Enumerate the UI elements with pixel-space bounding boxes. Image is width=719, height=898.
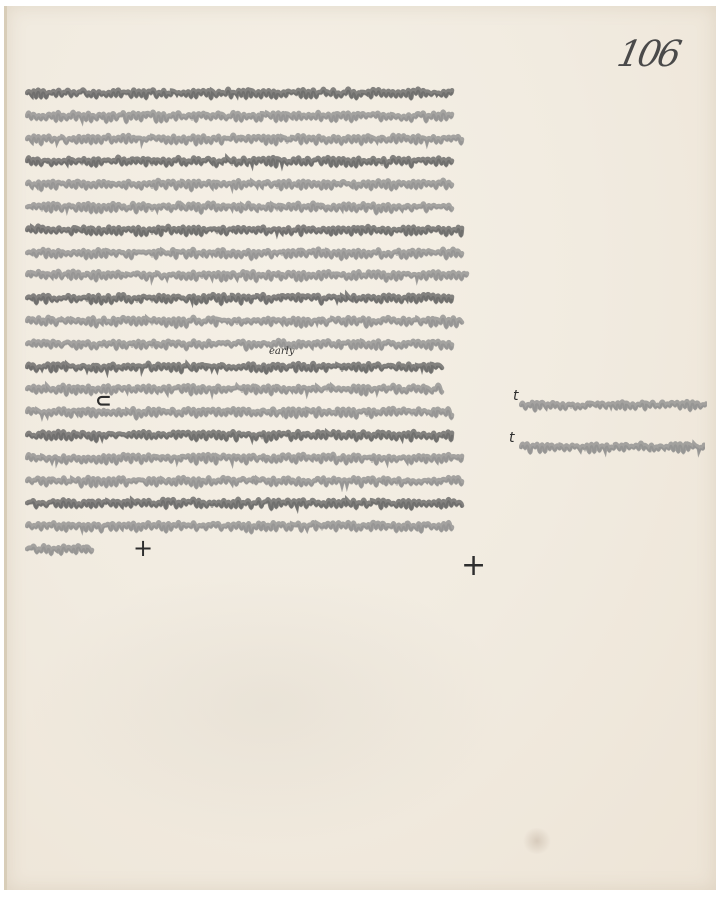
margin-scribbled-line bbox=[519, 436, 705, 458]
scribbled-line bbox=[25, 242, 465, 264]
paper-stain bbox=[522, 828, 552, 854]
scribbled-line bbox=[25, 287, 455, 309]
scribbled-line bbox=[25, 264, 470, 286]
insertion-mark: ⊂ bbox=[95, 388, 112, 412]
scribbled-line bbox=[25, 470, 465, 492]
scribbled-line bbox=[25, 128, 465, 150]
scribbled-line bbox=[25, 492, 465, 514]
scribbled-line bbox=[25, 150, 455, 172]
scribbled-line bbox=[25, 515, 455, 537]
inline-insertion: early bbox=[269, 346, 295, 357]
scribbled-line bbox=[25, 424, 455, 446]
scribbled-line bbox=[25, 82, 455, 104]
scribbled-line bbox=[25, 401, 455, 423]
scribbled-line bbox=[25, 196, 455, 218]
scribbled-line bbox=[25, 447, 465, 469]
scribbled-line bbox=[25, 538, 95, 560]
end-mark-1: + bbox=[133, 534, 153, 562]
scribbled-line bbox=[25, 173, 455, 195]
margin-marker-1: t bbox=[513, 388, 519, 404]
show-through-text bbox=[27, 566, 507, 846]
margin-scribbled-line bbox=[519, 394, 707, 416]
page-number: 106 bbox=[614, 34, 682, 75]
scribbled-line bbox=[25, 105, 455, 127]
scribbled-line bbox=[25, 333, 455, 355]
scribbled-line bbox=[25, 219, 465, 241]
margin-marker-2: t bbox=[509, 430, 515, 446]
scribbled-line bbox=[25, 310, 465, 332]
scribbled-line bbox=[25, 378, 445, 400]
manuscript-page: 106 early ⊂ + + t t bbox=[4, 6, 716, 890]
scribbled-line bbox=[25, 356, 445, 378]
